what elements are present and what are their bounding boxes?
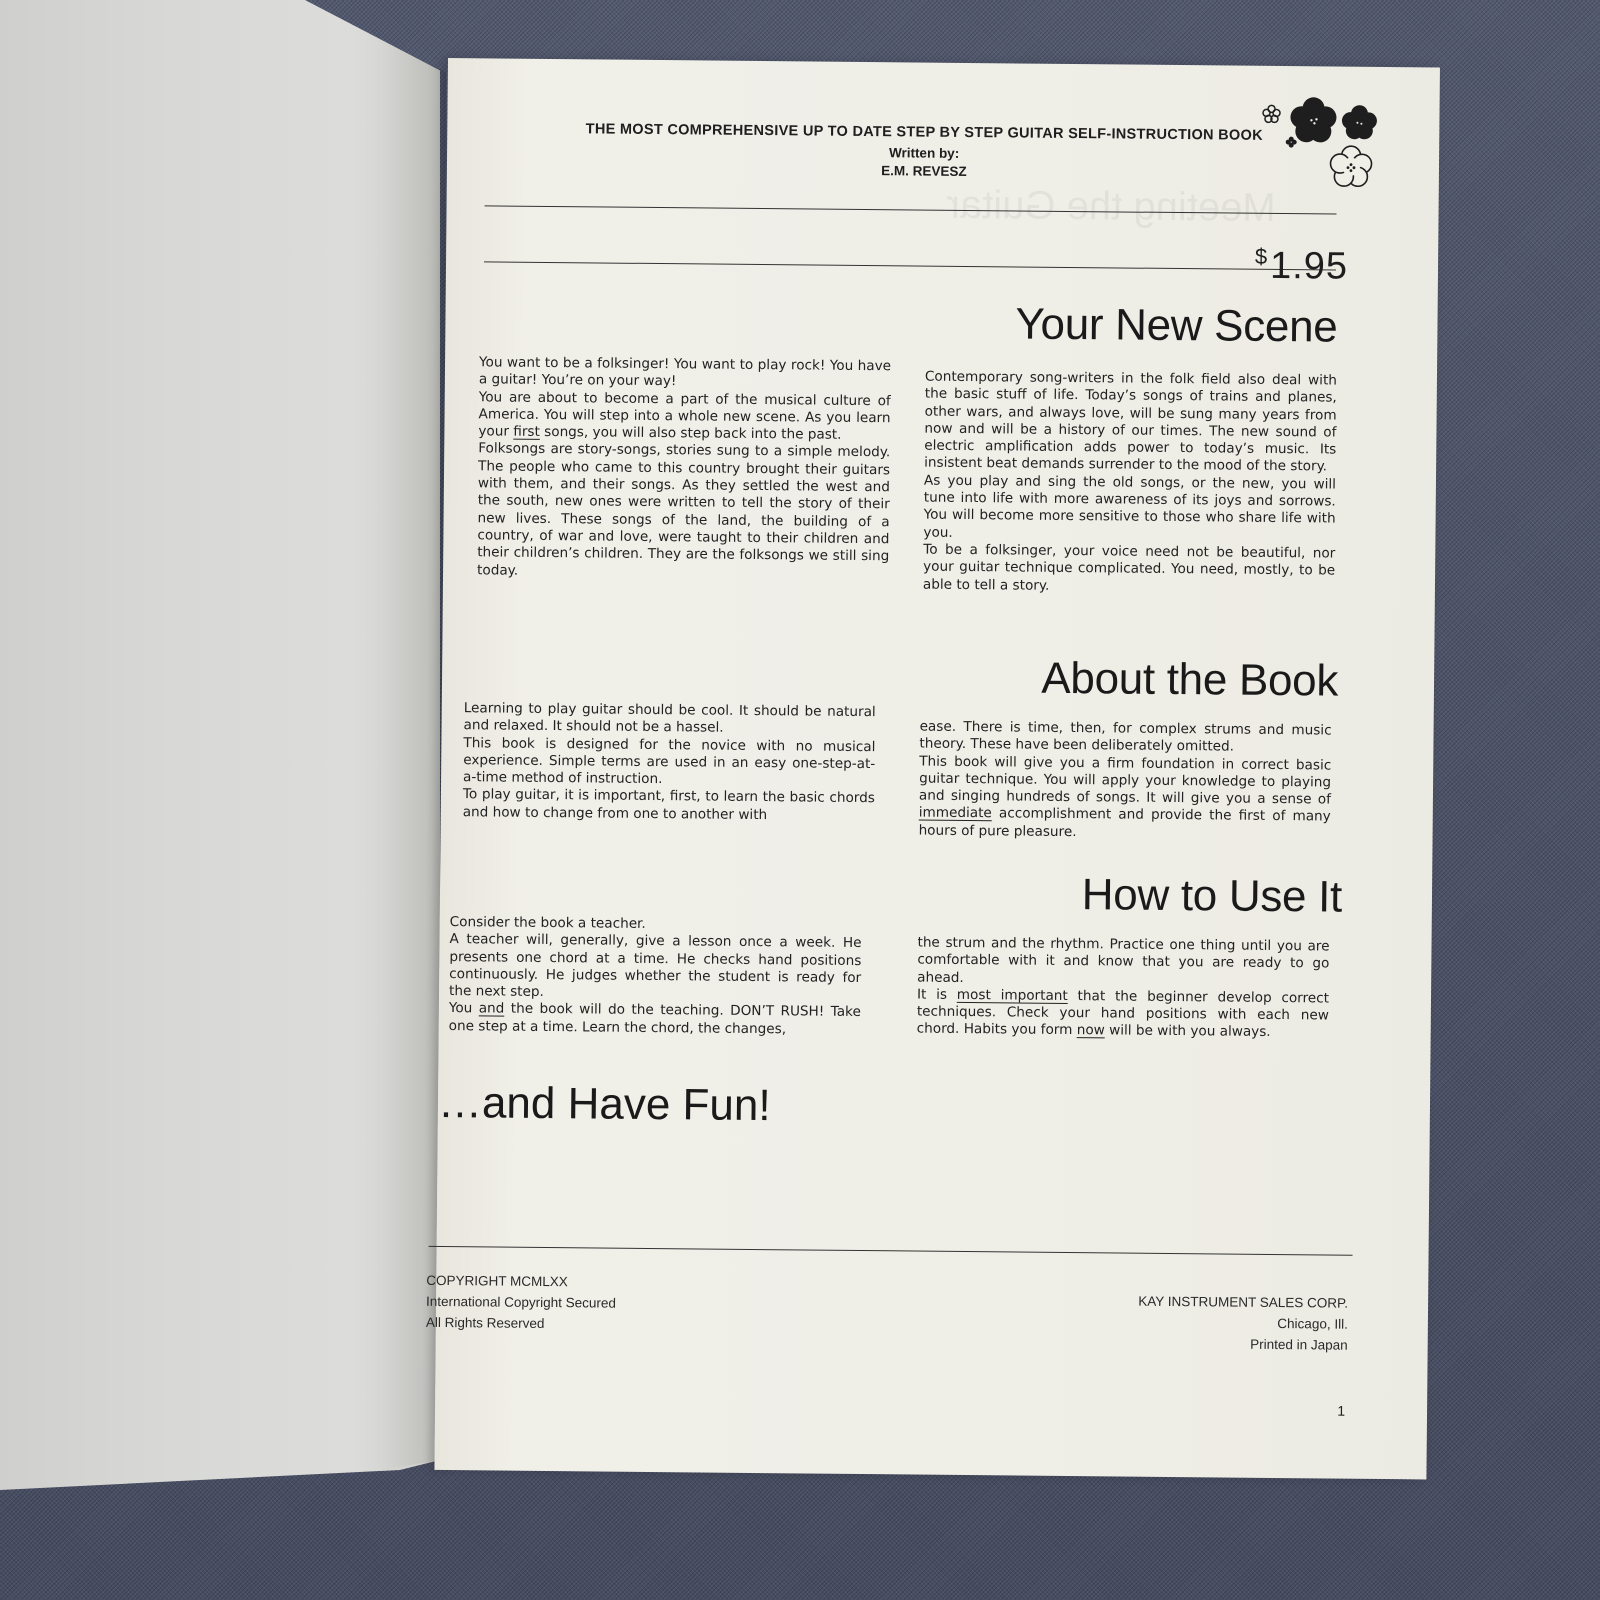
column-about-the-book-right: ease. There is time, then, for complex s… — [919, 719, 1332, 844]
underlined-emphasis: now — [1077, 1023, 1105, 1039]
column-how-to-use-it-right: the strum and the rhythm. Practice one t… — [917, 935, 1330, 1043]
paragraph: As you play and sing the old songs, or t… — [923, 472, 1336, 545]
underlined-emphasis: immediate — [919, 805, 992, 822]
footer-line: All Rights Reserved — [426, 1312, 616, 1335]
page-number: 1 — [1337, 1403, 1345, 1419]
small-flower-outline-icon — [1263, 105, 1280, 122]
paragraph: the strum and the rhythm. Practice one t… — [917, 935, 1329, 991]
heading-about-the-book: About the Book — [1041, 654, 1338, 707]
paragraph: ease. There is time, then, for complex s… — [919, 719, 1331, 758]
copyright-notice: COPYRIGHT MCMLXXInternational Copyright … — [426, 1270, 616, 1335]
underlined-emphasis: most important — [957, 987, 1068, 1004]
footer-line: International Copyright Secured — [426, 1291, 616, 1314]
closing-have-fun: …and Have Fun! — [438, 1078, 771, 1131]
paragraph: This book is designed for the novice wit… — [463, 735, 875, 791]
paragraph: Contemporary song-writers in the folk fi… — [924, 369, 1337, 477]
paragraph: You are about to become a part of the mu… — [478, 389, 890, 445]
paragraph: It is most important that the beginner d… — [917, 986, 1329, 1042]
paragraph: Learning to play guitar should be cool. … — [464, 700, 876, 739]
paragraph: A teacher will, generally, give a lesson… — [449, 931, 862, 1004]
column-your-new-scene-right: Contemporary song-writers in the folk fi… — [923, 369, 1337, 598]
paragraph: To play guitar, it is important, first, … — [463, 787, 875, 826]
flower-outline-icon — [1330, 146, 1371, 186]
paragraph: You want to be a folksinger! You want to… — [479, 354, 891, 393]
underlined-emphasis: first — [513, 424, 540, 440]
footer-line: KAY INSTRUMENT SALES CORP. — [1138, 1291, 1348, 1314]
book-tagline: THE MOST COMPREHENSIVE UP TO DATE STEP B… — [539, 121, 1309, 144]
paragraph: Folksongs are story-songs, stories sung … — [477, 441, 890, 583]
price-value: 1.95 — [1270, 245, 1348, 288]
footer-line: COPYRIGHT MCMLXX — [426, 1270, 616, 1293]
footer-line: Printed in Japan — [1138, 1333, 1348, 1356]
byline: Written by: E.M. REVESZ — [539, 141, 1309, 184]
price-currency: $ — [1255, 244, 1268, 269]
column-about-the-book-left: Learning to play guitar should be cool. … — [463, 700, 876, 825]
column-your-new-scene-left: You want to be a folksinger! You want to… — [477, 354, 891, 583]
paragraph: This book will give you a firm foundatio… — [919, 753, 1332, 843]
publisher-info: KAY INSTRUMENT SALES CORP.Chicago, Ill.P… — [1138, 1291, 1348, 1356]
header-rule-bottom — [484, 261, 1336, 270]
flower-filled-icon — [1342, 105, 1377, 139]
price: $1.95 — [1255, 244, 1349, 289]
footer-line: Chicago, Ill. — [1138, 1312, 1348, 1335]
show-through-text: Meeting the Guitar — [946, 183, 1275, 231]
underlined-emphasis: and — [479, 1001, 505, 1017]
column-how-to-use-it-left: Consider the book a teacher.A teacher wi… — [449, 914, 862, 1039]
footer-rule — [429, 1246, 1353, 1256]
paragraph: You and the book will do the teaching. D… — [449, 1001, 861, 1040]
book-page: Meeting the Guitar — [434, 58, 1440, 1479]
heading-how-to-use-it: How to Use It — [1082, 870, 1343, 922]
paragraph: To be a folksinger, your voice need not … — [923, 542, 1335, 598]
blank-left-page — [0, 0, 440, 1600]
heading-your-new-scene: Your New Scene — [1015, 299, 1337, 352]
